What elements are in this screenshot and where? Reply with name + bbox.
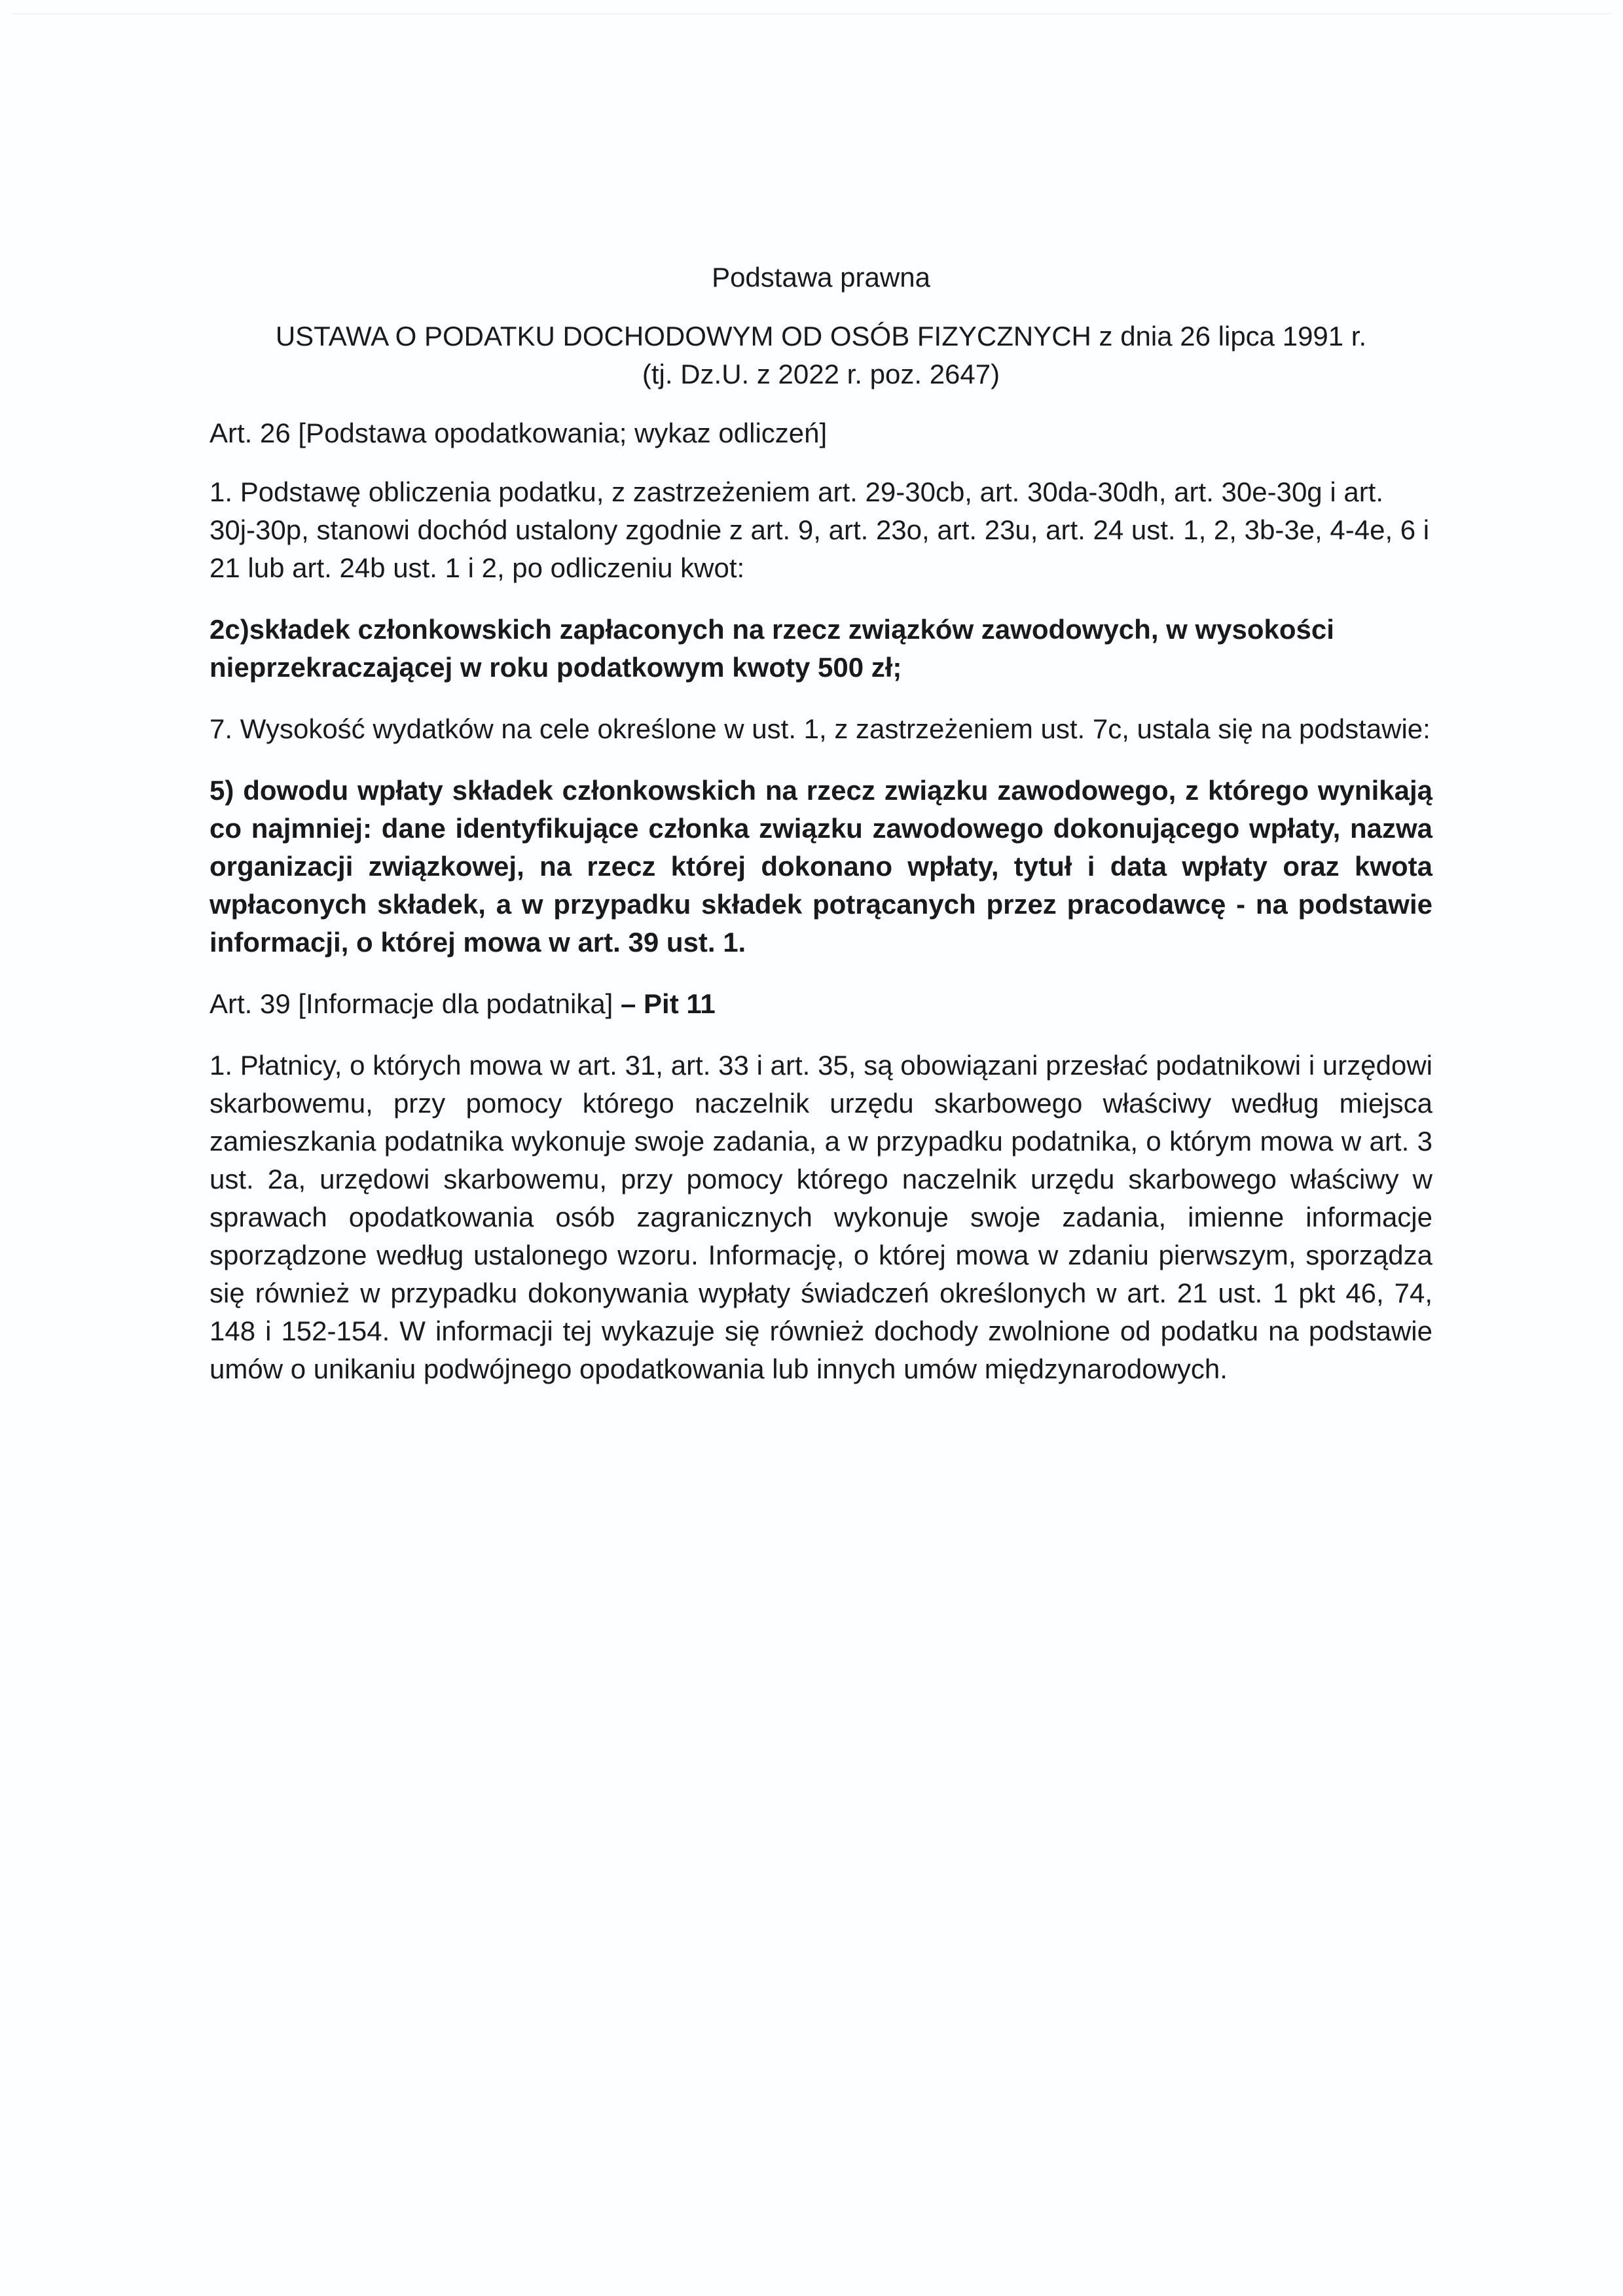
article-39-heading-text: Art. 39 [Informacje dla podatnika] <box>210 988 613 1019</box>
scanned-page: Podstawa prawna USTAWA O PODATKU DOCHODO… <box>0 0 1623 2296</box>
article-26-point-2c: 2c)składek członkowskich zapłaconych na … <box>210 611 1432 687</box>
document-body: Podstawa prawna USTAWA O PODATKU DOCHODO… <box>210 259 1432 1388</box>
act-title: USTAWA O PODATKU DOCHODOWYM OD OSÓB FIZY… <box>210 317 1432 393</box>
article-26-paragraph-1: 1. Podstawę obliczenia podatku, z zastrz… <box>210 473 1432 587</box>
article-26-point-5: 5) dowodu wpłaty składek członkowskich n… <box>210 772 1432 961</box>
act-title-line-2: (tj. Dz.U. z 2022 r. poz. 2647) <box>210 355 1432 393</box>
article-39-heading-suffix: – Pit 11 <box>613 988 715 1019</box>
article-39-heading: Art. 39 [Informacje dla podatnika] – Pit… <box>210 985 1432 1023</box>
act-title-line-1: USTAWA O PODATKU DOCHODOWYM OD OSÓB FIZY… <box>210 317 1432 355</box>
article-26-heading: Art. 26 [Podstawa opodatkowania; wykaz o… <box>210 414 1432 452</box>
document-heading: Podstawa prawna <box>210 259 1432 296</box>
article-26-paragraph-7: 7. Wysokość wydatków na cele określone w… <box>210 710 1432 748</box>
article-39-paragraph-1: 1. Płatnicy, o których mowa w art. 31, a… <box>210 1047 1432 1388</box>
